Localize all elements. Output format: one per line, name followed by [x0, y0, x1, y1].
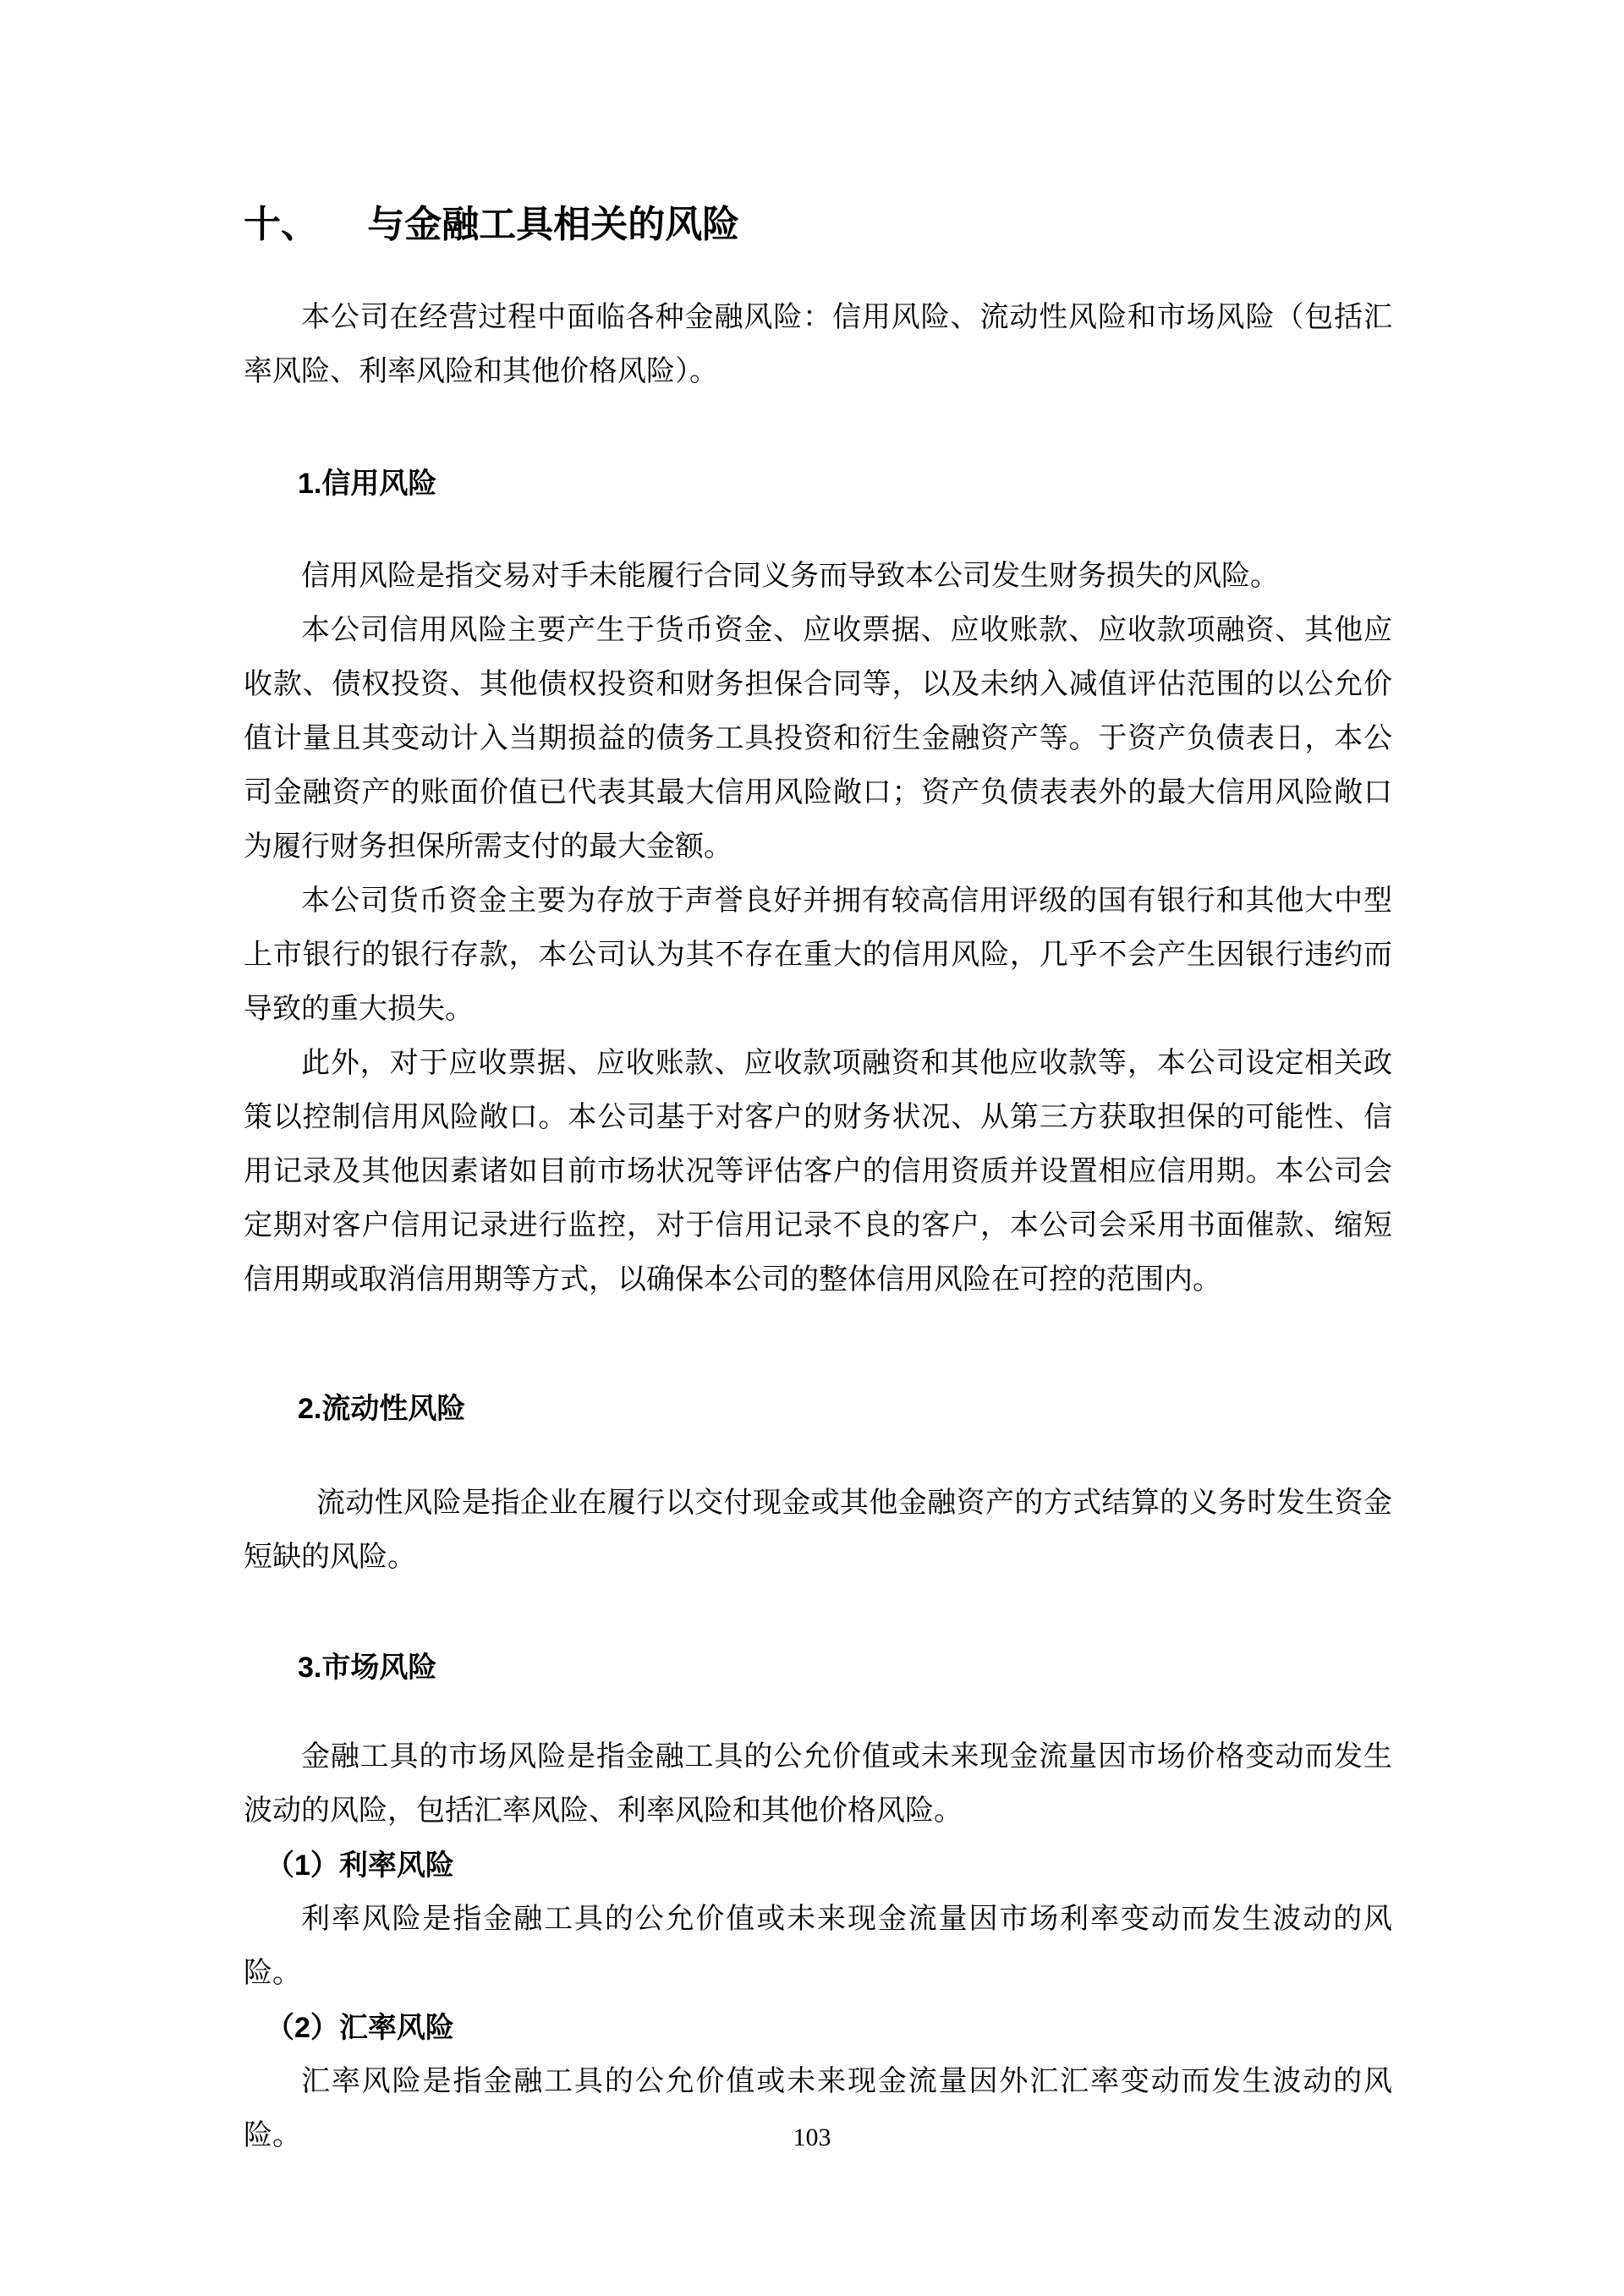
- credit-risk-paragraph-1: 信用风险是指交易对手未能履行合同义务而导致本公司发生财务损失的风险。: [244, 550, 1392, 604]
- market-risk-paragraph: 金融工具的市场风险是指金融工具的公允价值或未来现金流量因市场价格变动而发生波动的…: [244, 1730, 1392, 1838]
- credit-risk-paragraph-4: 此外，对于应收票据、应收账款、应收款项融资和其他应收款等，本公司设定相关政策以控…: [244, 1037, 1392, 1307]
- interest-rate-risk-paragraph: 利率风险是指金融工具的公允价值或未来现金流量因市场利率变动而发生波动的风险。: [244, 1893, 1392, 2001]
- subheading-exchange-rate-risk: （2）汇率风险: [244, 2001, 1392, 2055]
- heading-credit-risk: 1.信用风险: [244, 457, 1392, 511]
- section-title-text: 与金融工具相关的风险: [367, 204, 739, 245]
- subheading-interest-rate-risk: （1）利率风险: [244, 1838, 1392, 1893]
- heading-market-risk: 3.市场风险: [244, 1641, 1392, 1695]
- document-page: 十、 与金融工具相关的风险 本公司在经营过程中面临各种金融风险：信用风险、流动性…: [0, 0, 1624, 2296]
- document-body: 十、 与金融工具相关的风险 本公司在经营过程中面临各种金融风险：信用风险、流动性…: [244, 203, 1392, 2163]
- intro-paragraph: 本公司在经营过程中面临各种金融风险：信用风险、流动性风险和市场风险（包括汇率风险…: [244, 291, 1392, 399]
- page-number: 103: [0, 2123, 1624, 2153]
- credit-risk-paragraph-3: 本公司货币资金主要为存放于声誉良好并拥有较高信用评级的国有银行和其他大中型上市银…: [244, 874, 1392, 1037]
- section-number: 十、: [244, 204, 318, 245]
- section-title: 十、 与金融工具相关的风险: [244, 203, 1392, 247]
- liquidity-risk-paragraph: 流动性风险是指企业在履行以交付现金或其他金融资产的方式结算的义务时发生资金短缺的…: [244, 1477, 1392, 1585]
- credit-risk-paragraph-2: 本公司信用风险主要产生于货币资金、应收票据、应收账款、应收款项融资、其他应收款、…: [244, 604, 1392, 874]
- heading-liquidity-risk: 2.流动性风险: [244, 1382, 1392, 1436]
